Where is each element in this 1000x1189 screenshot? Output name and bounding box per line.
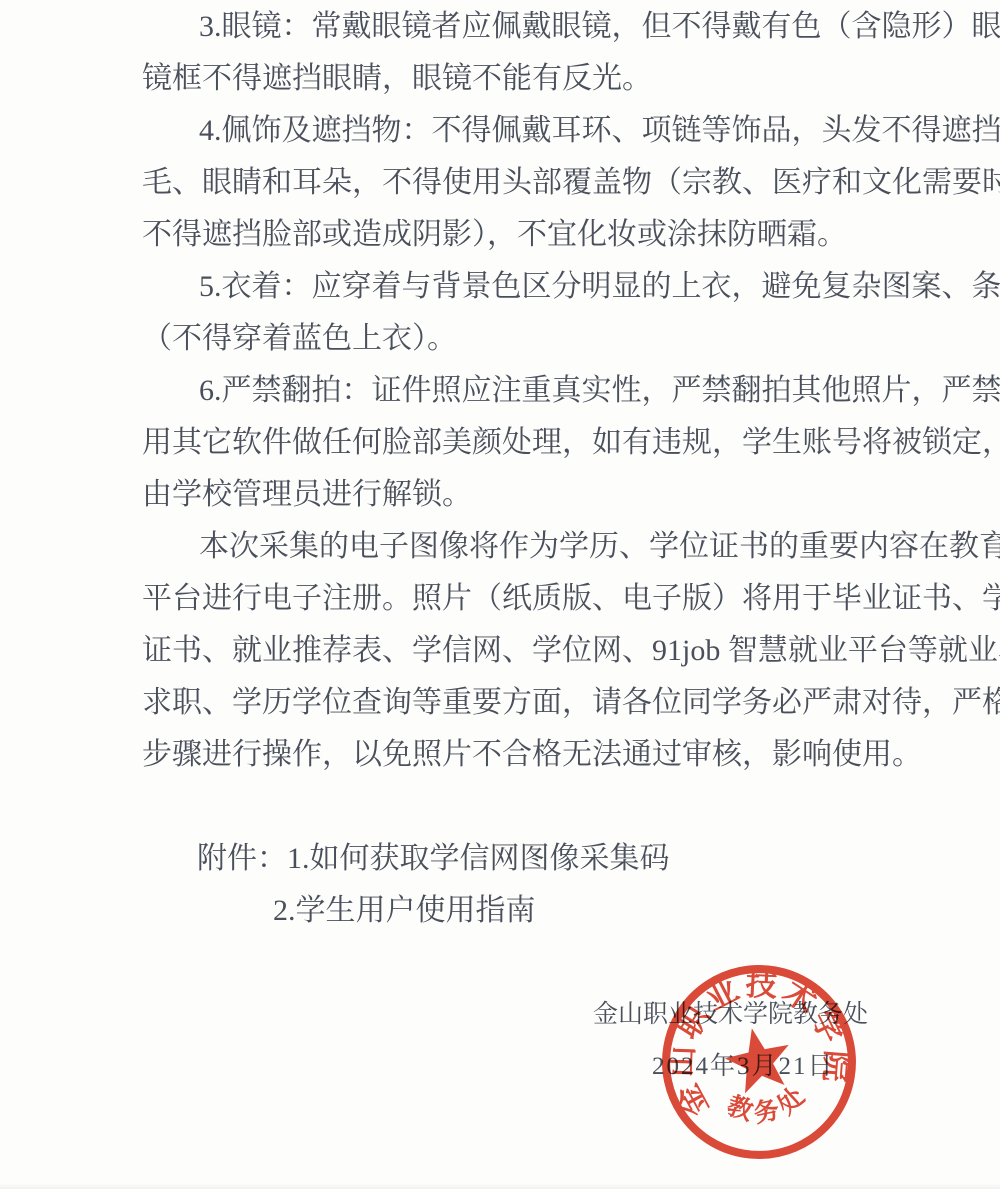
attachment-line-2: 2.学生用户使用指南 (197, 885, 670, 937)
scanned-document-page: 3.眼镜：常戴眼镜者应佩戴眼镜，但不得戴有色（含隐形）眼镜， 镜框不得遮挡眼睛，… (0, 0, 1000, 1189)
body-line: 6.严禁翻拍：证件照应注重真实性，严禁翻拍其他照片，严禁利 (142, 365, 887, 417)
body-line: 求职、学历学位查询等重要方面，请各位同学务必严肃对待，严格按 (142, 677, 887, 729)
body-line: 3.眼镜：常戴眼镜者应佩戴眼镜，但不得戴有色（含隐形）眼镜， (142, 1, 887, 53)
attachments-list: 附件：1.如何获取学信网图像采集码 2.学生用户使用指南 (197, 833, 670, 937)
body-line: 步骤进行操作，以免照片不合格无法通过审核，影响使用。 (142, 729, 887, 781)
seal-bottom-text: 教务处 (718, 1075, 818, 1135)
official-seal: 金山职业技术学院 教务处 (639, 942, 879, 1182)
body-line: （不得穿着蓝色上衣）。 (142, 313, 887, 365)
body-line: 证书、就业推荐表、学信网、学位网、91job 智慧就业平台等就业、 (142, 625, 887, 677)
body-line: 毛、眼睛和耳朵，不得使用头部覆盖物（宗教、医疗和文化需要时， (142, 157, 887, 209)
body-line: 本次采集的电子图像将作为学历、学位证书的重要内容在教育部 (142, 521, 887, 573)
body-line: 用其它软件做任何脸部美颜处理，如有违规，学生账号将被锁定，需 (142, 417, 887, 469)
scan-edge-shadow (0, 1183, 1000, 1189)
attachment-line-1: 附件：1.如何获取学信网图像采集码 (197, 833, 670, 885)
body-line: 5.衣着：应穿着与背景色区分明显的上衣，避免复杂图案、条纹 (142, 261, 887, 313)
document-body: 3.眼镜：常戴眼镜者应佩戴眼镜，但不得戴有色（含隐形）眼镜， 镜框不得遮挡眼睛，… (142, 1, 887, 781)
seal-star-icon (720, 1022, 797, 1096)
svg-text:教务处: 教务处 (718, 1075, 818, 1135)
body-line: 平台进行电子注册。照片（纸质版、电子版）将用于毕业证书、学位 (142, 573, 887, 625)
body-line: 不得遮挡脸部或造成阴影），不宜化妆或涂抹防晒霜。 (142, 209, 887, 261)
body-line: 由学校管理员进行解锁。 (142, 469, 887, 521)
body-line: 镜框不得遮挡眼睛，眼镜不能有反光。 (142, 53, 887, 105)
body-line: 4.佩饰及遮挡物：不得佩戴耳环、项链等饰品，头发不得遮挡眉 (142, 105, 887, 157)
